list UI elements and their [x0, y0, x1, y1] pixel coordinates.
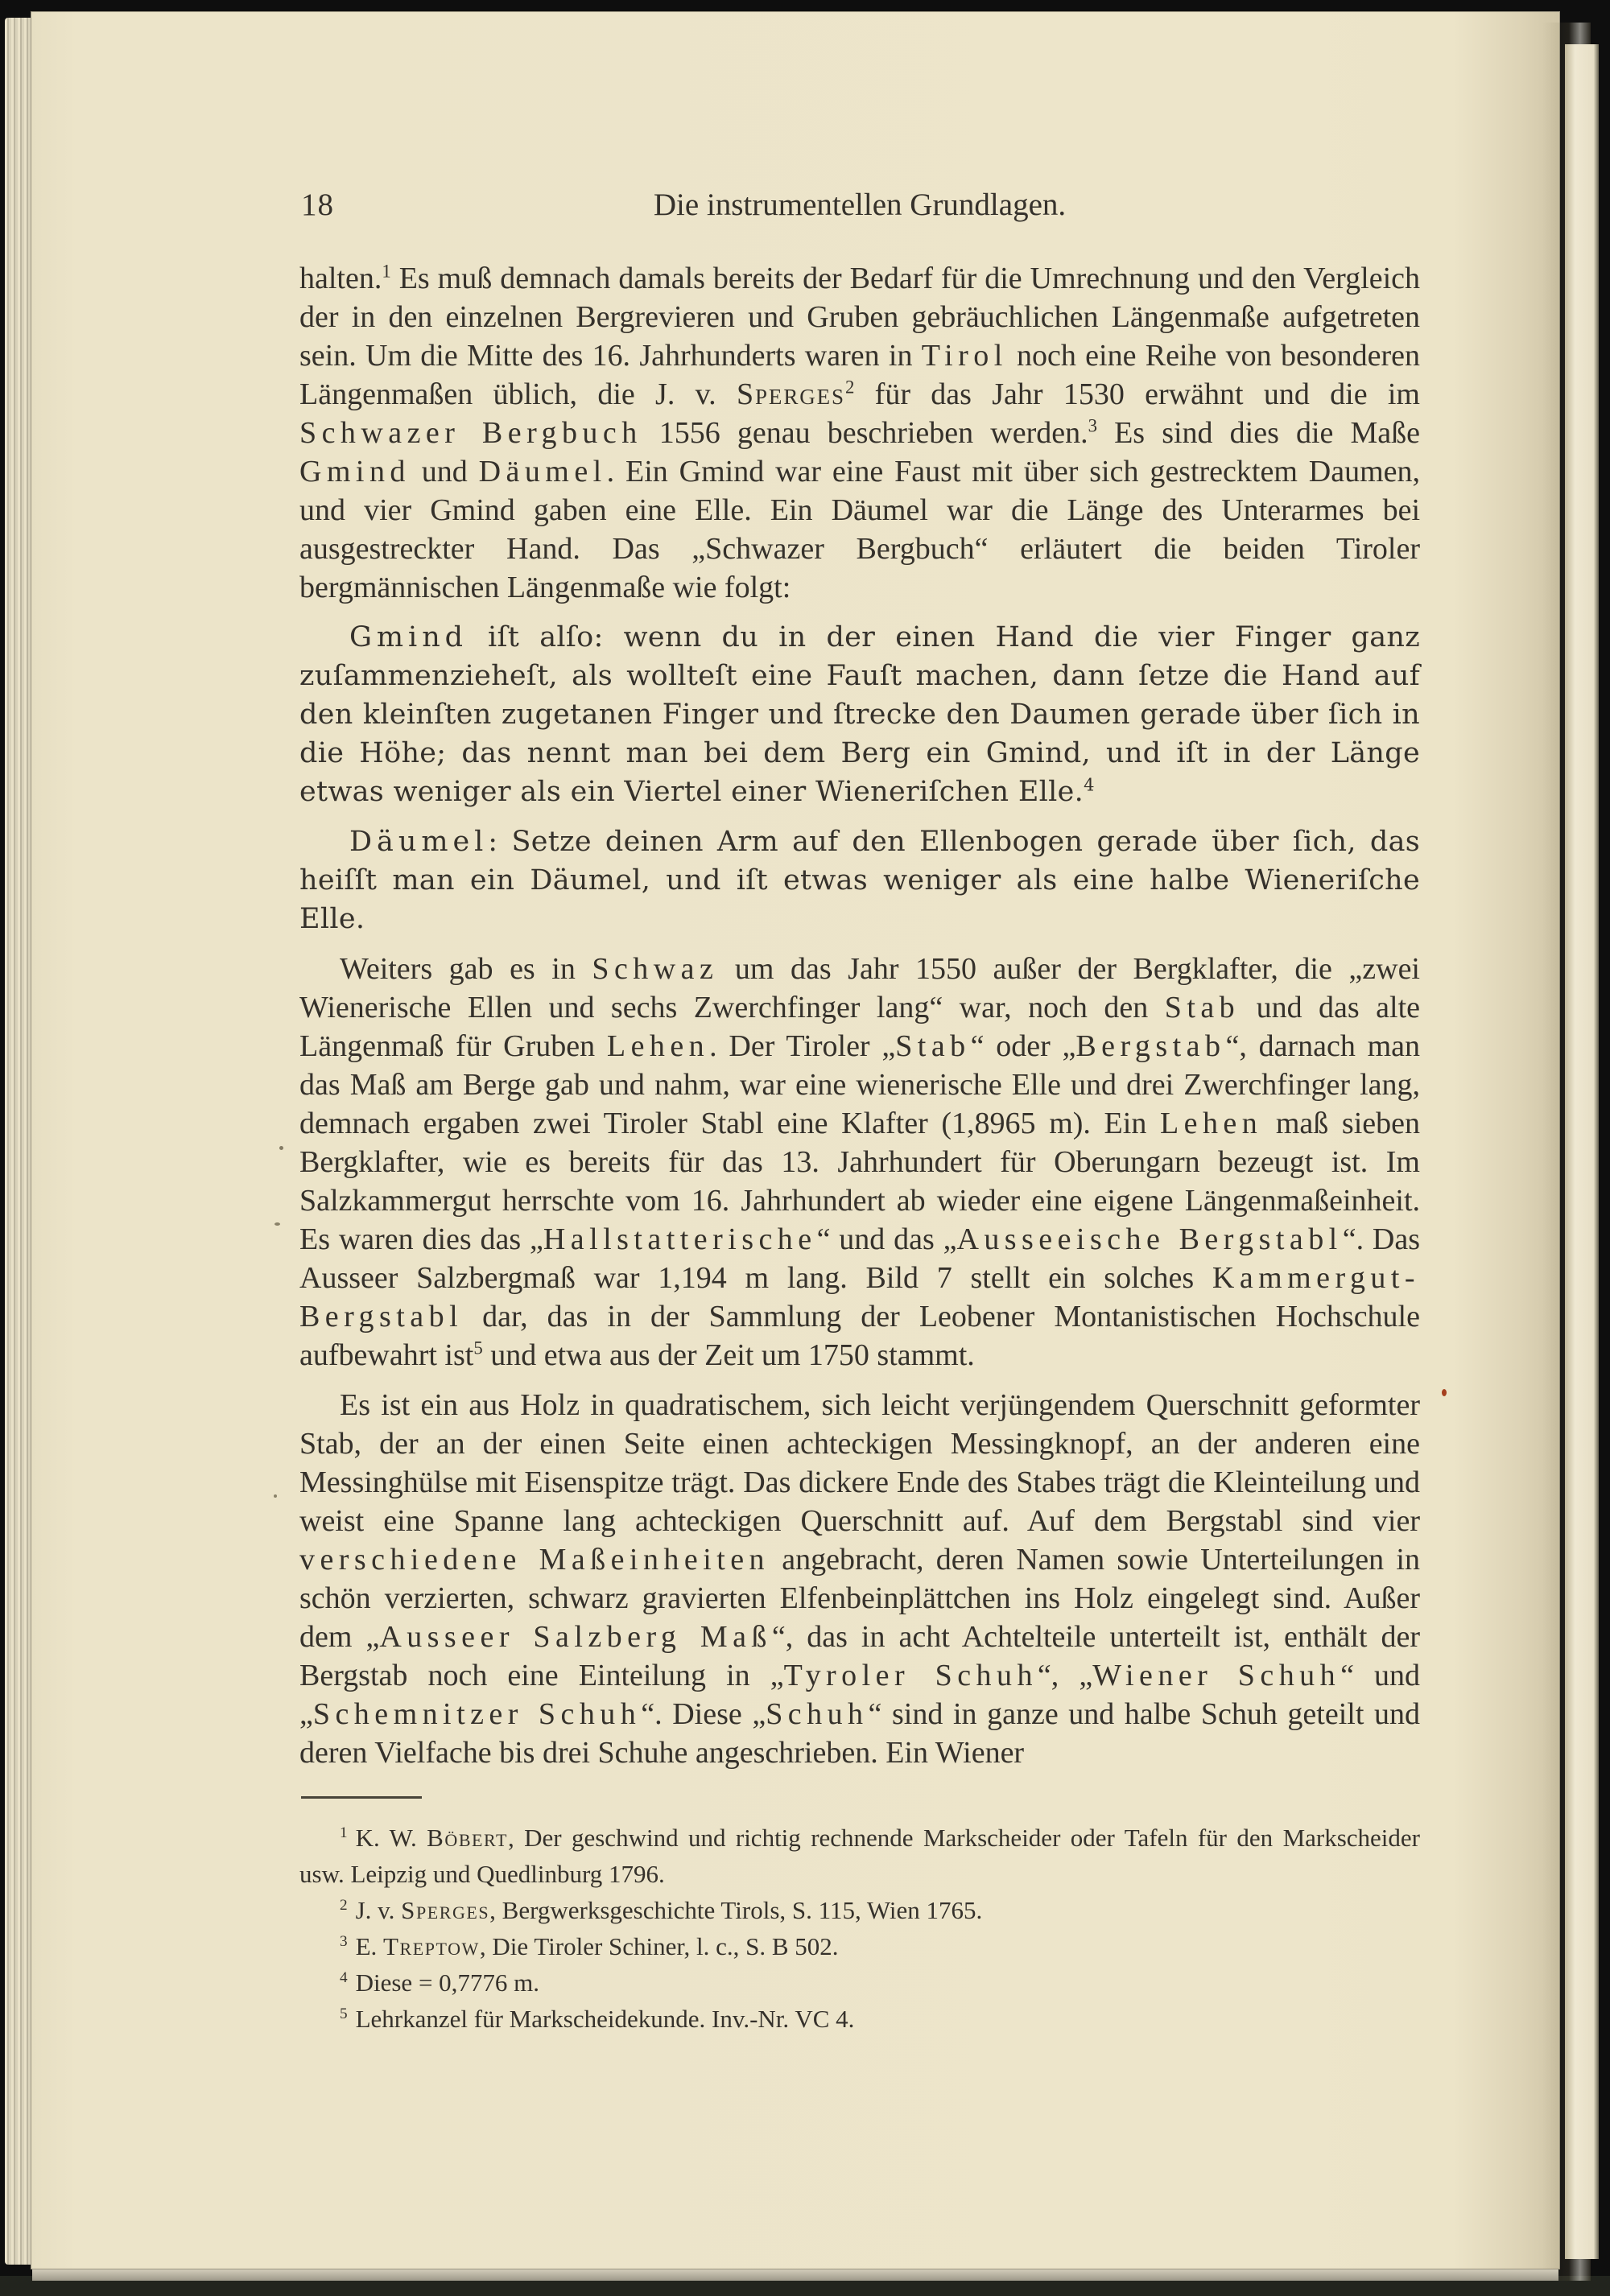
- page-stack-edges: [5, 18, 32, 2265]
- footnote: 3E. Treptow, Die Tiroler Schiner, l. c.,…: [299, 1928, 1420, 1964]
- footnote-marker: 3: [340, 1933, 348, 1950]
- scan-speck: [1442, 1389, 1447, 1396]
- body-paragraph: Weiters gab es in Schwaz um das Jahr 155…: [299, 950, 1420, 1375]
- footnote-separator: [301, 1796, 422, 1799]
- body-text: halten.1 Es muß demnach damals bereits d…: [299, 259, 1420, 1772]
- book-page: 18 Die instrumentellen Grundlagen. halte…: [31, 11, 1560, 2269]
- running-title: Die instrumentellen Grundlagen.: [299, 187, 1420, 223]
- footnote-marker: 4: [340, 1969, 348, 1986]
- page-header: 18 Die instrumentellen Grundlagen.: [299, 187, 1420, 224]
- footnotes: 1K. W. Böbert, Der geschwind und richtig…: [299, 1820, 1420, 2037]
- footnote: 5Lehrkanzel für Markscheidekunde. Inv.-N…: [299, 2001, 1420, 2037]
- footnote: 4Diese = 0,7776 m.: [299, 1964, 1420, 2001]
- text-block: 18 Die instrumentellen Grundlagen. halte…: [299, 187, 1420, 2037]
- book-scan: 18 Die instrumentellen Grundlagen. halte…: [0, 0, 1610, 2296]
- facing-page-edge: [1565, 44, 1599, 2259]
- scan-speck: [279, 1146, 283, 1150]
- page-number: 18: [301, 187, 334, 223]
- body-paragraph: halten.1 Es muß demnach damals bereits d…: [299, 259, 1420, 607]
- scan-speck: [275, 1222, 280, 1226]
- footnote: 1K. W. Böbert, Der geschwind und richtig…: [299, 1820, 1420, 1892]
- fraktur-quotation-paragraph: Gmind iſt alſo: wenn du in der einen Han…: [299, 618, 1420, 811]
- footnote: 2J. v. Sperges, Bergwerksgeschichte Tiro…: [299, 1892, 1420, 1928]
- footnote-marker: 2: [340, 1897, 348, 1914]
- footnote-marker: 5: [340, 2005, 348, 2022]
- fraktur-quotation-paragraph: Däumel: Setze deinen Arm auf den Ellenbo…: [299, 822, 1420, 938]
- scan-speck: [274, 1494, 277, 1498]
- body-paragraph: Es ist ein aus Holz in quadratischem, si…: [299, 1386, 1420, 1772]
- footnote-marker: 1: [340, 1824, 348, 1841]
- page-bottom-edge: [32, 2269, 1558, 2281]
